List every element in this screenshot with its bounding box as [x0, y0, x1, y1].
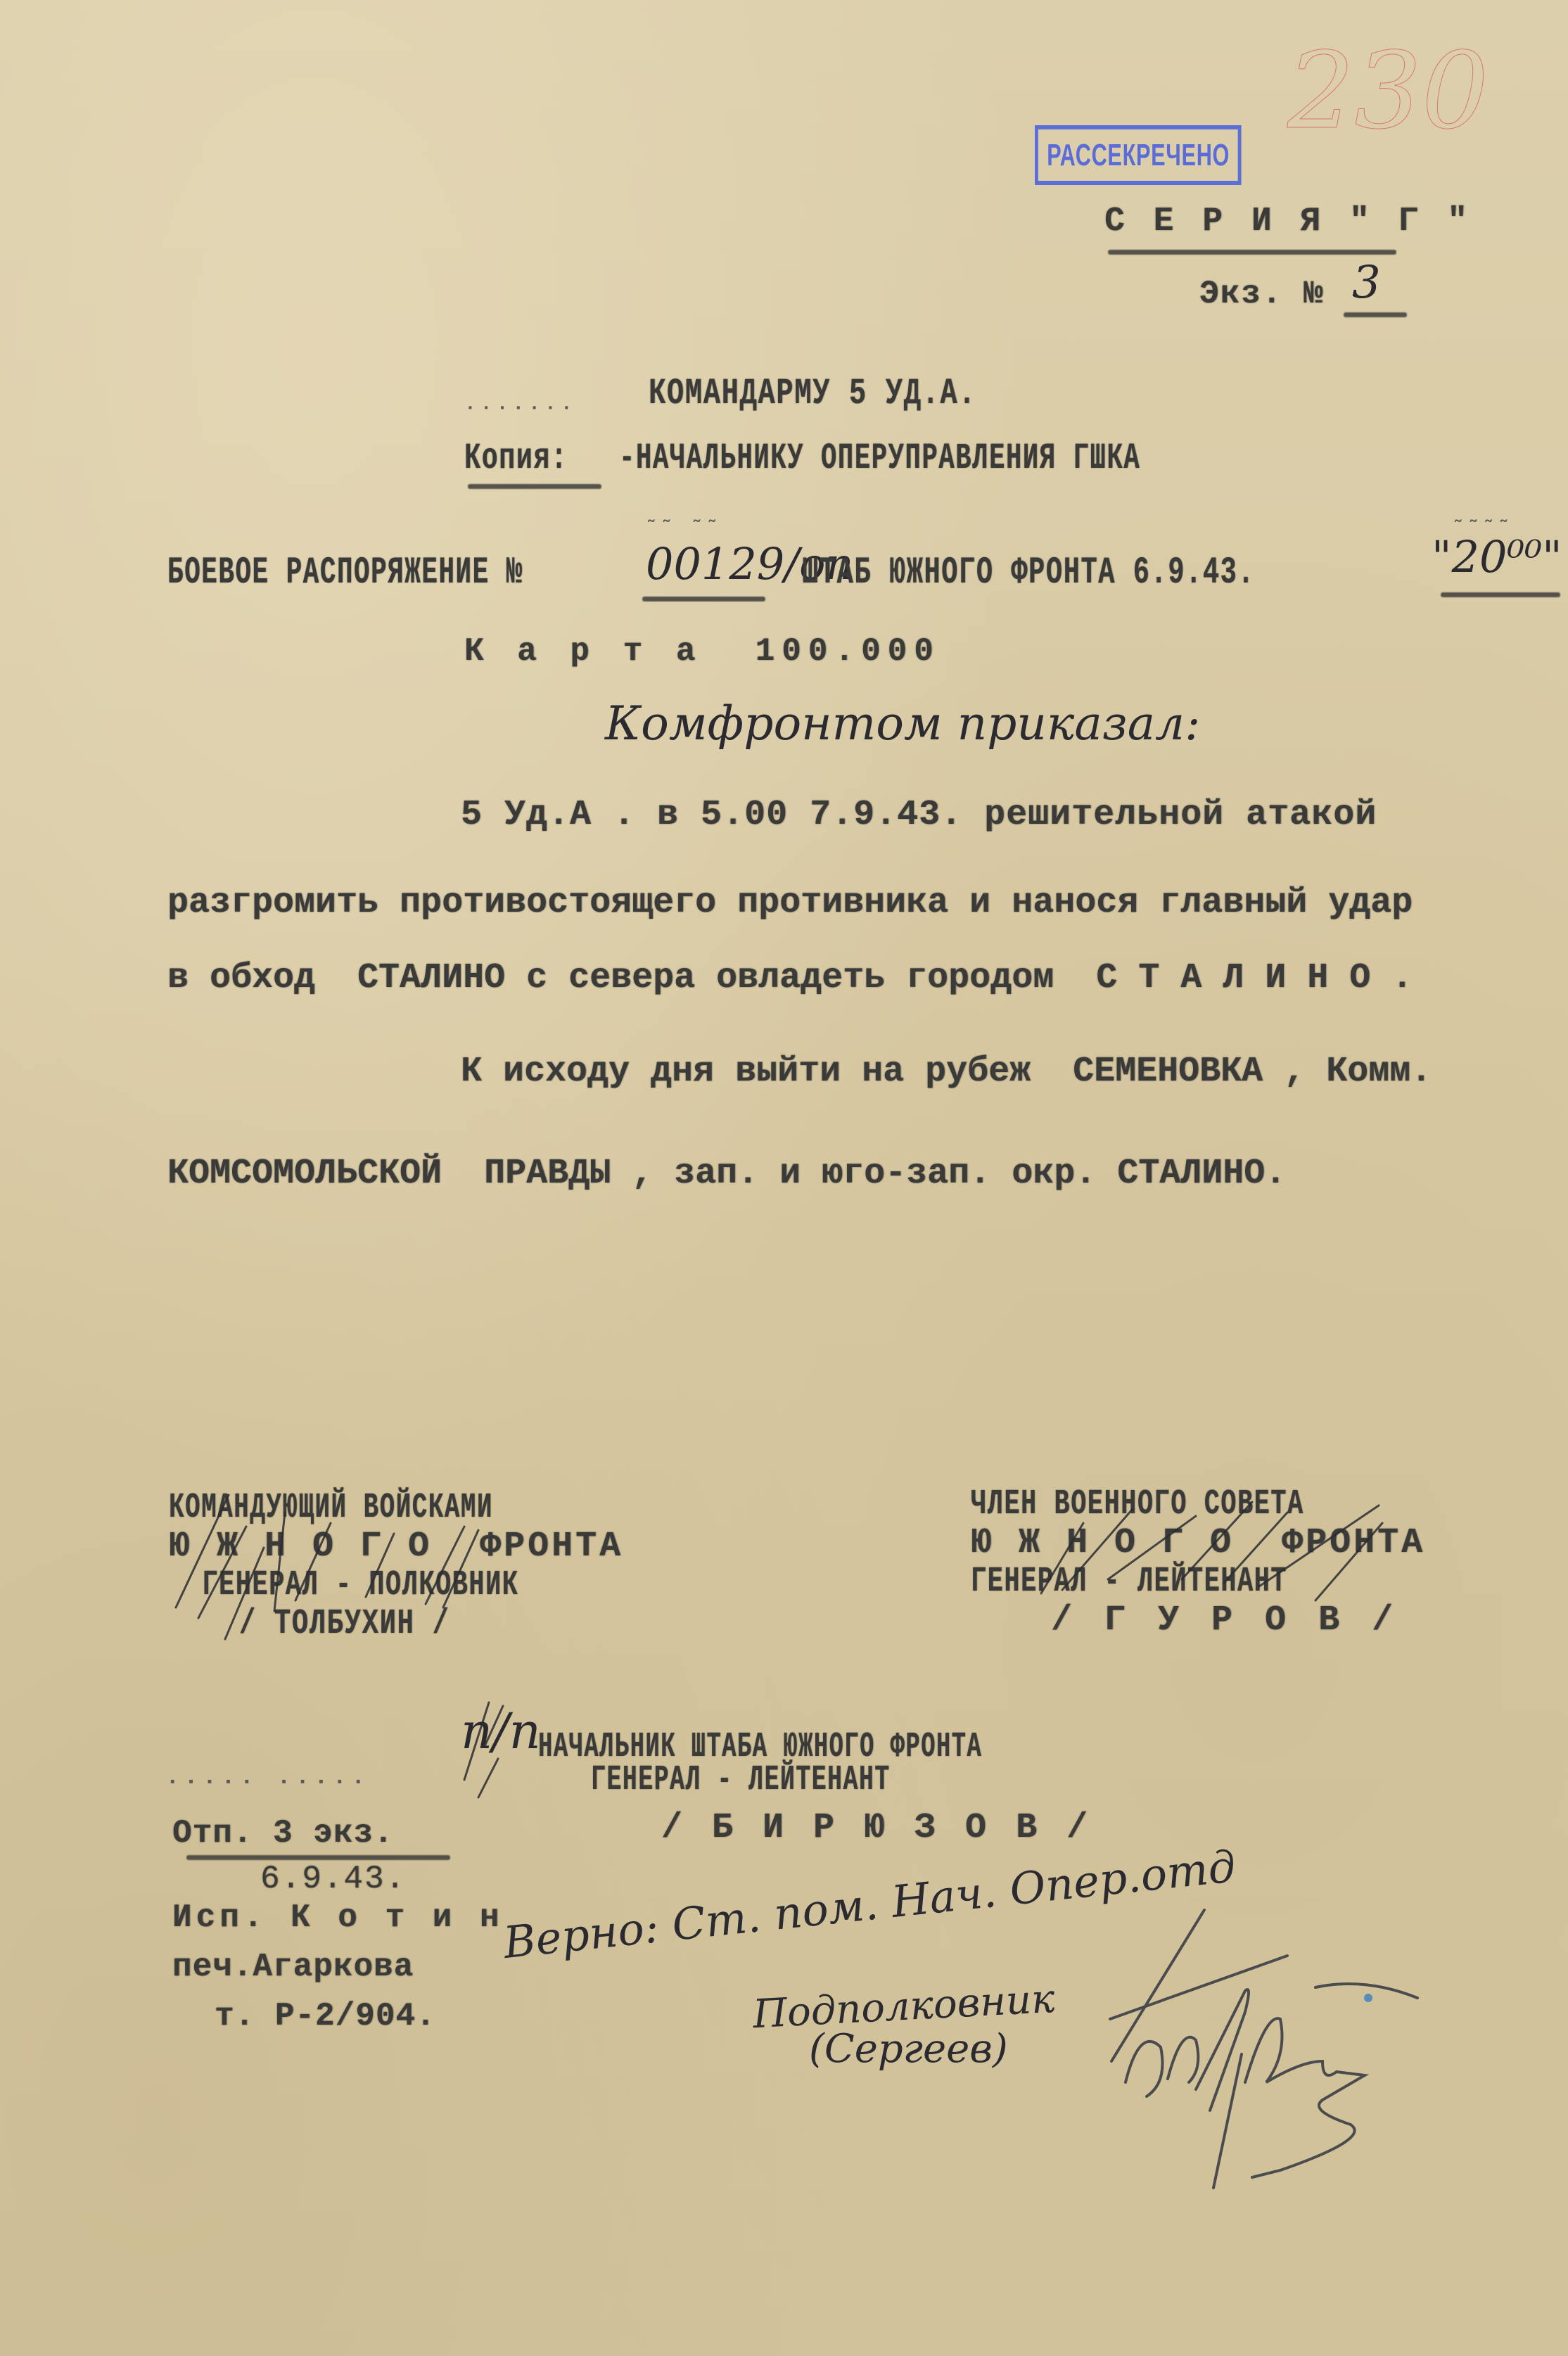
addressee-to: КОМАНДАРМУ 5 УД.А. [649, 373, 976, 414]
council-title: ЧЛЕН ВОЕННОГО СОВЕТА [971, 1484, 1304, 1524]
declassified-stamp: РАССЕКРЕЧЕНО [1035, 125, 1242, 185]
footer-date: 6.9.43. [260, 1861, 406, 1897]
copy-underline [1344, 312, 1407, 317]
map-scale: К а р т а 100.000 [464, 633, 941, 670]
stamp-text: РАССЕКРЕЧЕНО [1047, 138, 1230, 173]
series-label: С Е Р И Я " Г " [1104, 203, 1472, 241]
council-front: Ю Ж Н О Г О ФРОНТА [971, 1523, 1425, 1563]
commander-title: КОМАНДУЮЩИЙ ВОЙСКАМИ [169, 1488, 493, 1528]
certification-line-3: (Сергеев) [809, 2026, 1008, 2072]
typist: печ.Агаркова [172, 1949, 414, 1985]
order-number-underline [642, 597, 765, 601]
secret-dots-3: ˜˜˜˜ [1453, 517, 1513, 538]
addressee-copy-to: -НАЧАЛЬНИКУ ОПЕРУПРАВЛЕНИЯ ГШКА [619, 438, 1140, 479]
council-name: / Г У Р О В / [971, 1600, 1398, 1641]
order-time-underline [1441, 592, 1560, 597]
executor: Исп. К о т и н [172, 1899, 503, 1936]
commander-rank: ГЕНЕРАЛ - ПОЛКОВНИК [169, 1565, 518, 1605]
chief-of-staff-name: / Б И Р Ю З О В / [661, 1808, 1092, 1848]
folio-number: 230 [1287, 39, 1489, 144]
body-line-4: К исходу дня выйти на рубеж СЕМЕНОВКА , … [461, 1052, 1432, 1092]
order-time-handwritten: "20⁰⁰" [1432, 531, 1562, 582]
copy-number: 3 [1352, 257, 1381, 309]
body-line-2: разгромить противостоящего противника и … [167, 883, 1413, 923]
copy-prefix: Копия: [464, 438, 568, 479]
secret-dots: ······· [464, 397, 577, 419]
body-line-5: КОМСОМОЛЬСКОЙ ПРАВДЫ , зап. и юго-зап. о… [167, 1154, 1286, 1194]
order-issuer: ШТАБ ЮЖНОГО ФРОНТА 6.9.43. [802, 552, 1255, 594]
order-title-prefix: БОЕВОЕ РАСПОРЯЖЕНИЕ № [167, 552, 523, 594]
copy-prefix-underline [468, 484, 601, 489]
copy-label: Экз. № [1199, 276, 1325, 312]
secret-dots-2: ˜˜ ˜˜ [646, 517, 722, 538]
council-rank: ГЕНЕРАЛ - ЛЕЙТЕНАНТ [971, 1562, 1287, 1602]
series-underline [1108, 250, 1396, 255]
signed-mark: п/п [461, 1702, 541, 1760]
registration-number: т. Р-2/904. [215, 1998, 436, 2035]
commander-name: / ТОЛБУХИН / [169, 1604, 450, 1644]
copies-count: Отп. 3 экз. [172, 1815, 394, 1852]
copies-underline [186, 1855, 450, 1860]
chief-of-staff-rank: ГЕНЕРАЛ - ЛЕЙТЕНАНТ [591, 1760, 891, 1800]
handwritten-command-intro: Комфронтом приказал: [605, 696, 1200, 751]
secret-dots-4: ····· ····· [165, 1769, 369, 1796]
body-line-1: 5 Уд.А . в 5.00 7.9.43. решительной атак… [461, 795, 1377, 835]
body-line-3: в обход СТАЛИНО с севера овладеть городо… [167, 958, 1413, 998]
commander-front: Ю Ж Н О Г О ФРОНТА [169, 1527, 623, 1567]
